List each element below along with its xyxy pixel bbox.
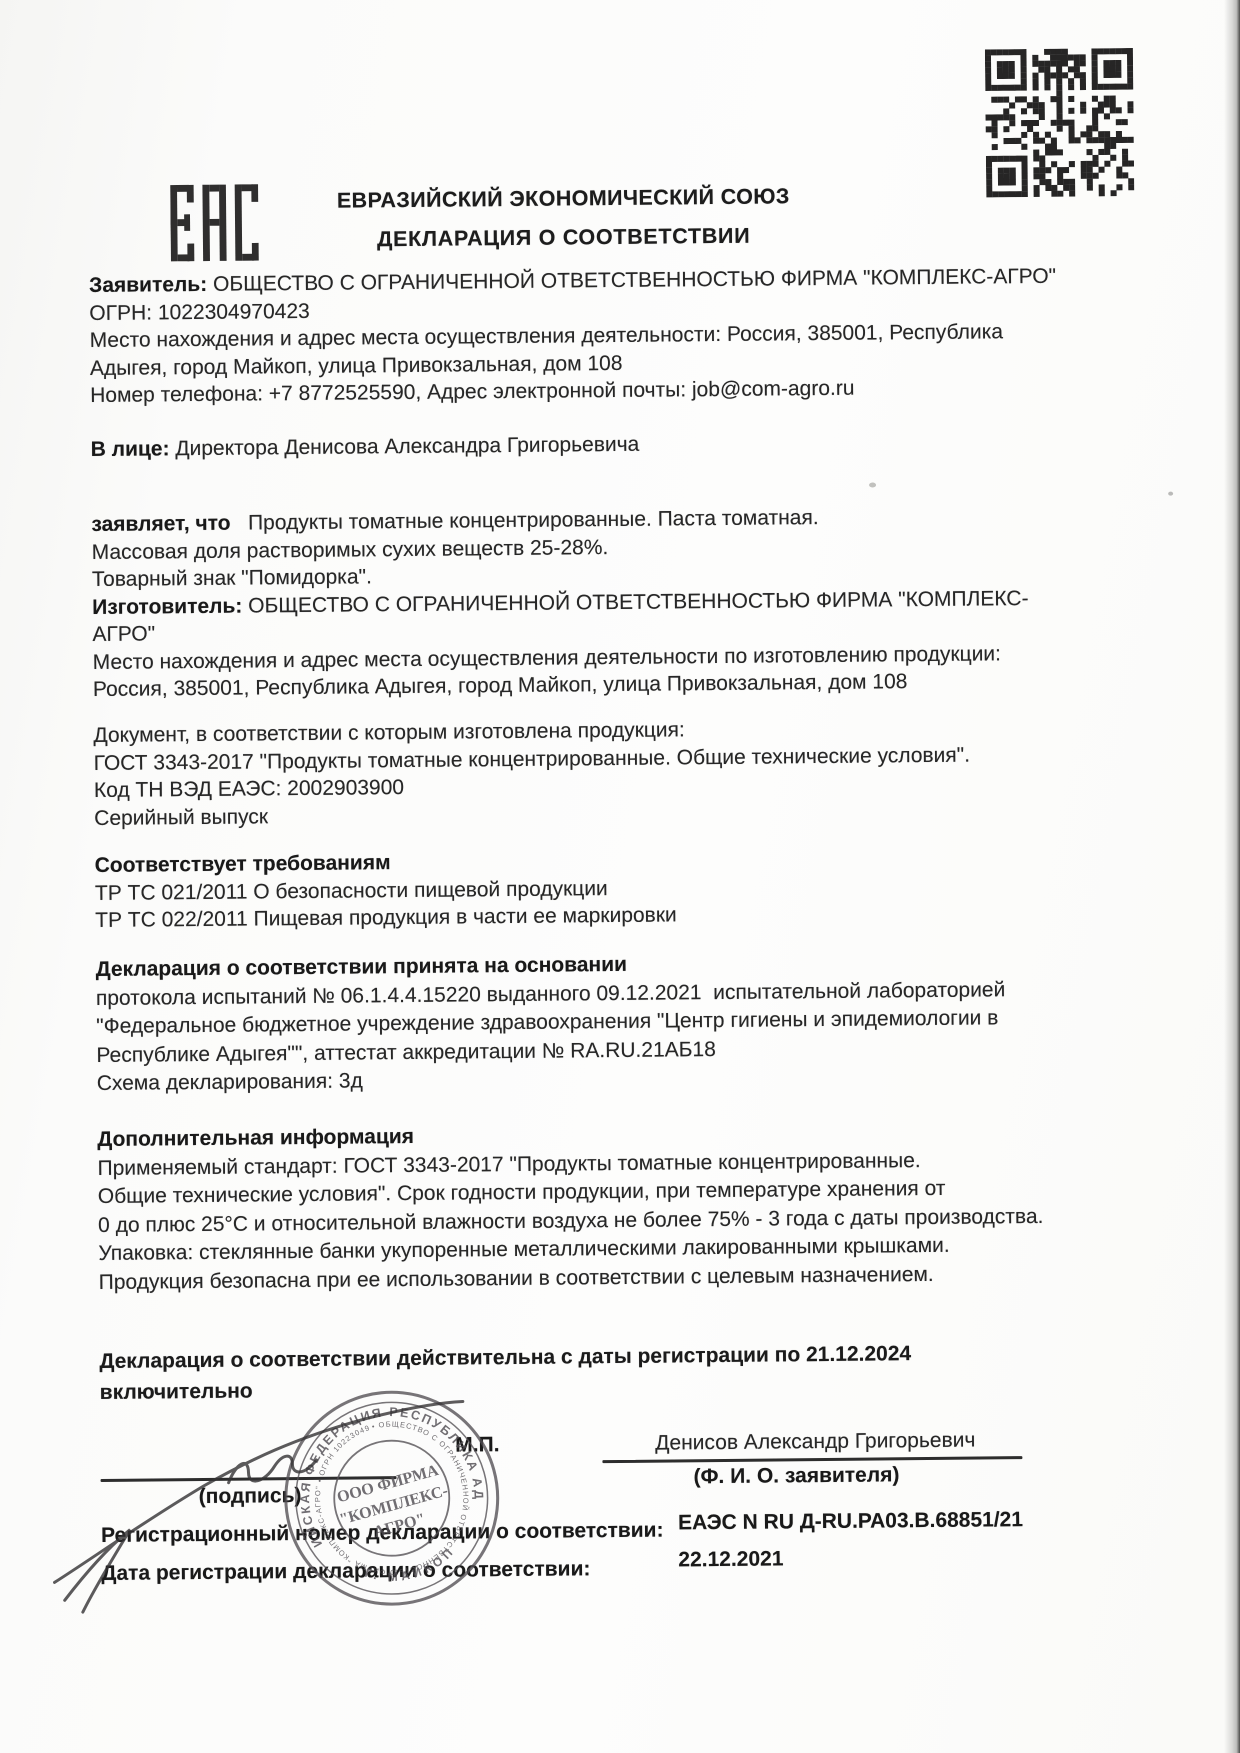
in-person-section: В лице: Директора Денисова Александра Гр… [91, 426, 1166, 464]
union-title: ЕВРАЗИЙСКИЙ ЭКОНОМИЧЕСКИЙ СОЮЗ [253, 183, 873, 214]
applicant-section: Заявитель: ОБЩЕСТВО С ОГРАНИЧЕННОЙ ОТВЕТ… [89, 262, 1165, 410]
basis-section: Декларация о соответствии принята на осн… [96, 946, 1172, 1099]
in-person-label: В лице: [91, 437, 170, 461]
reg-date-value: 22.12.2021 [678, 1547, 783, 1572]
reg-number-value: ЕАЭС N RU Д-RU.РА03.В.68851/21 [678, 1508, 1023, 1535]
text-line: В лице: Директора Денисова Александра Гр… [91, 426, 1166, 464]
document-sheet: ЕВРАЗИЙСКИЙ ЭКОНОМИЧЕСКИЙ СОЮЗ ДЕКЛАРАЦИ… [0, 0, 1240, 1753]
fio-signature-line [602, 1456, 1022, 1463]
applicant-value: ОБЩЕСТВО С ОГРАНИЧЕННОЙ ОТВЕТСТВЕННОСТЬЮ… [207, 265, 1056, 296]
document-title: ДЕКЛАРАЦИЯ О СООТВЕТСТВИИ [254, 222, 874, 253]
additional-info-section: Дополнительная информация Применяемый ст… [97, 1116, 1174, 1298]
handwritten-signature [33, 1368, 505, 1623]
eac-mark-icon [170, 183, 259, 262]
product-declaration-section: заявляет, что Продукты томатные концентр… [91, 501, 1168, 704]
qr-code-icon [985, 48, 1134, 197]
applicant-fio: Денисов Александр Григорьевич [655, 1429, 975, 1456]
scan-speck [1168, 492, 1173, 496]
scan-speck [869, 482, 876, 487]
manufacturer-value: ОБЩЕСТВО С ОГРАНИЧЕННОЙ ОТВЕТСТВЕННОСТЬЮ… [242, 587, 1028, 618]
manufacturer-label: Изготовитель: [92, 594, 242, 618]
product-document-section: Документ, в соответствии с которым изгот… [93, 712, 1169, 832]
declares-label: заявляет, что [91, 512, 230, 536]
scan-edge-shadow [1224, 0, 1240, 1753]
in-person-value: Директора Денисова Александра Григорьеви… [169, 433, 639, 461]
declares-value: Продукты томатные концентрированные. Пас… [230, 506, 818, 535]
fio-caption: (Ф. И. О. заявителя) [693, 1463, 899, 1489]
applicant-label: Заявитель: [89, 273, 207, 297]
compliance-section: Соответствует требованиям ТР ТС 021/2011… [95, 842, 1171, 935]
document-header: ЕВРАЗИЙСКИЙ ЭКОНОМИЧЕСКИЙ СОЮЗ ДЕКЛАРАЦИ… [253, 183, 874, 253]
scanned-declaration-page: ЕВРАЗИЙСКИЙ ЭКОНОМИЧЕСКИЙ СОЮЗ ДЕКЛАРАЦИ… [0, 0, 1240, 1753]
